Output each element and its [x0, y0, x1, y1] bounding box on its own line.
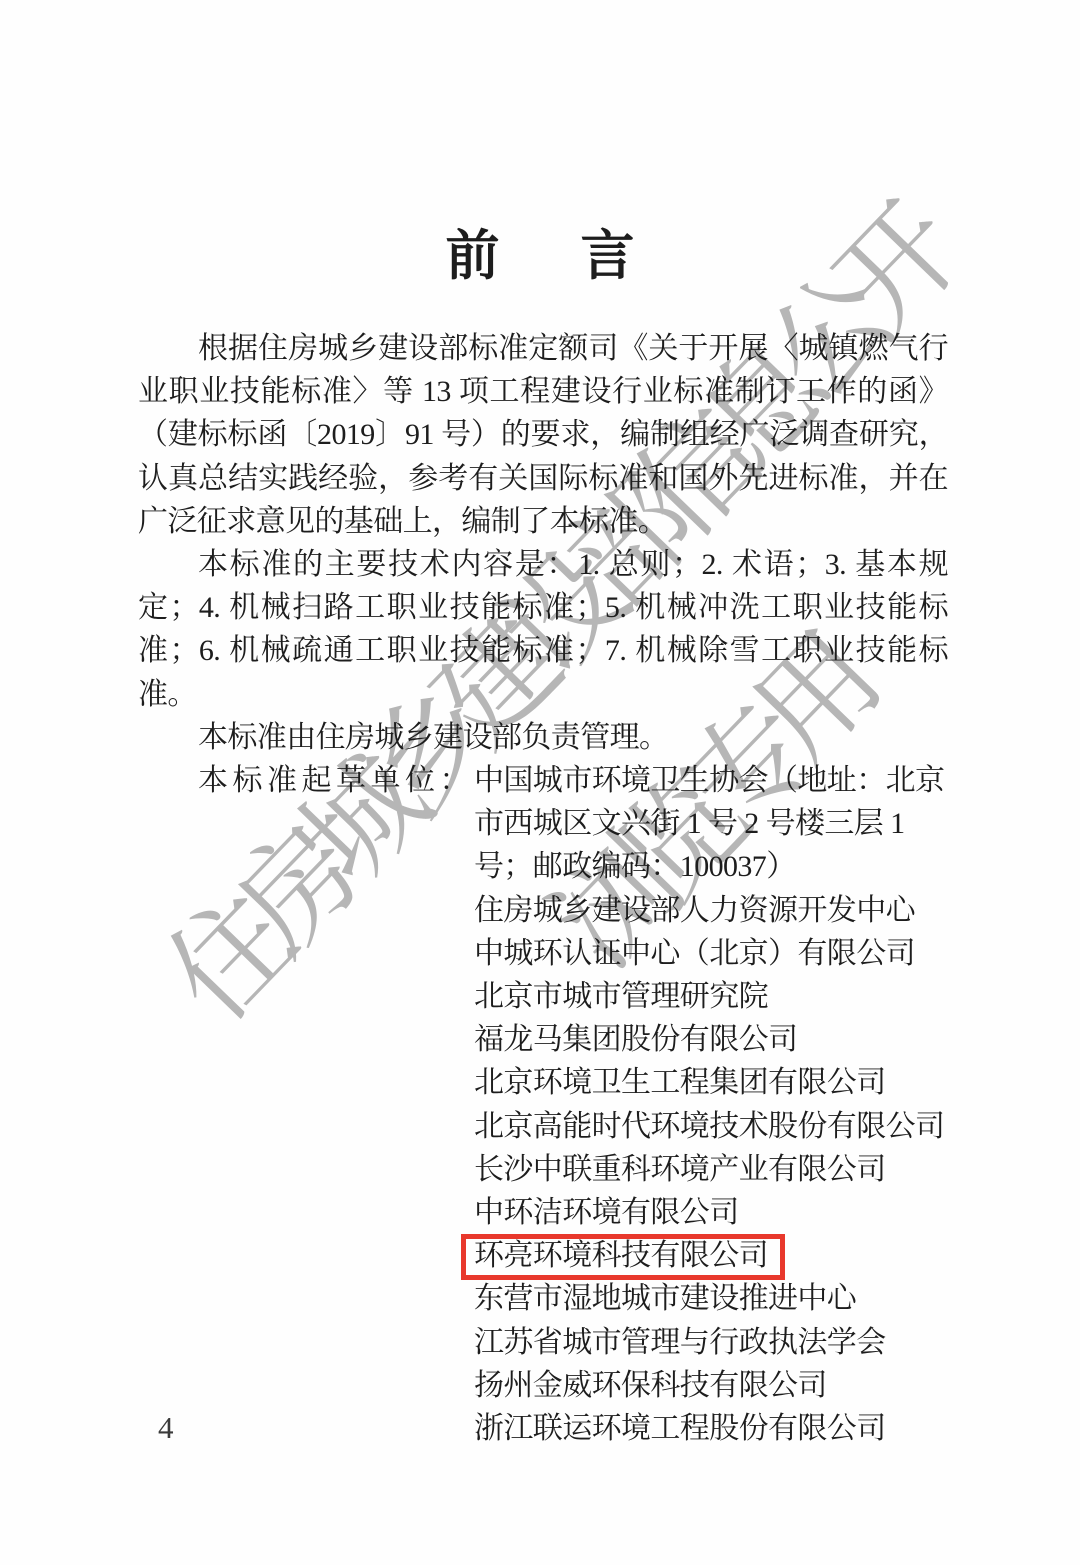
document-body: 根据住房城乡建设部标准定额司《关于开展〈城镇燃气行业职业技能标准〉等 13 项工… [138, 327, 948, 1450]
org-item: 环亮环境科技有限公司 [474, 1234, 948, 1277]
org-item: 北京环境卫生工程集团有限公司 [474, 1061, 948, 1104]
org-item: 东营市湿地城市建设推进中心 [474, 1277, 948, 1320]
page-title: 前言 [0, 213, 1080, 290]
org-item: 中环洁环境有限公司 [474, 1191, 948, 1234]
org-item: 扬州金威环保科技有限公司 [474, 1364, 948, 1407]
page-number: 4 [158, 1410, 174, 1446]
document-page: 住房城乡建设部信息公开 浏览专用 前言 根据住房城乡建设部标准定额司《关于开展〈… [0, 0, 1080, 1565]
org-item: 长沙中联重科环境产业有限公司 [474, 1148, 948, 1191]
org-item: 福龙马集团股份有限公司 [474, 1018, 948, 1061]
org-item: 江苏省城市管理与行政执法学会 [474, 1321, 948, 1364]
org-item: 北京高能时代环境技术股份有限公司 [474, 1105, 948, 1148]
org-item-lead-line: 号；邮政编码：100037） [474, 845, 948, 888]
highlight-box: 环亮环境科技有限公司 [461, 1234, 785, 1280]
org-item: 北京市城市管理研究院 [474, 975, 948, 1018]
drafting-units-section: 本标准起草单位： 中国城市环境卫生协会（地址：北京 市西城区文兴街 1 号 2 … [138, 759, 948, 1450]
org-item: 住房城乡建设部人力资源开发中心 [474, 889, 948, 932]
org-list: 中国城市环境卫生协会（地址：北京 市西城区文兴街 1 号 2 号楼三层 1 号；… [474, 759, 948, 1450]
org-item-lead-line: 市西城区文兴街 1 号 2 号楼三层 1 [474, 802, 948, 845]
paragraph-management: 本标准由住房城乡建设部负责管理。 [138, 716, 948, 759]
paragraph-contents: 本标准的主要技术内容是：1. 总则；2. 术语；3. 基本规定；4. 机械扫路工… [138, 543, 948, 716]
org-item: 浙江联运环境工程股份有限公司 [474, 1407, 948, 1450]
drafting-units-label: 本标准起草单位： [138, 759, 474, 802]
org-item: 中城环认证中心（北京）有限公司 [474, 932, 948, 975]
org-item-lead-line: 中国城市环境卫生协会（地址：北京 [474, 759, 948, 802]
paragraph-basis: 根据住房城乡建设部标准定额司《关于开展〈城镇燃气行业职业技能标准〉等 13 项工… [138, 327, 948, 543]
page-title-text: 前言 [365, 226, 716, 286]
